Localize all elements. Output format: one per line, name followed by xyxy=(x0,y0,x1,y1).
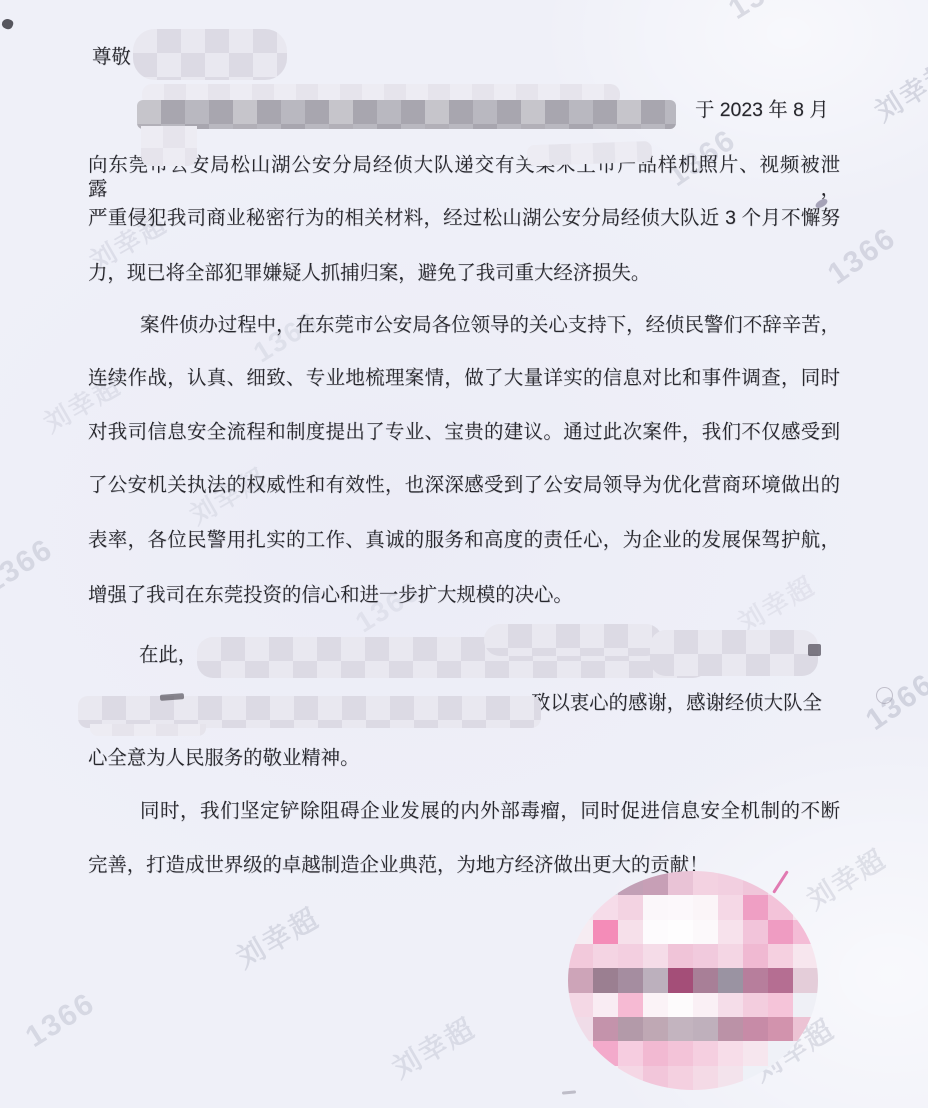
stamp-mosaic-cell xyxy=(768,895,793,919)
stamp-mosaic-cell xyxy=(693,944,718,968)
stamp-mosaic-cell xyxy=(743,871,768,895)
fragment-char-right-of-blur xyxy=(808,644,821,656)
stamp-mosaic-grid xyxy=(568,871,818,1090)
stamp-mosaic-cell xyxy=(668,1066,693,1090)
stamp-mosaic-cell xyxy=(693,1041,718,1065)
stamp-mosaic-cell xyxy=(743,1017,768,1041)
stamp-mosaic-cell xyxy=(593,920,618,944)
stamp-mosaic-cell xyxy=(618,944,643,968)
stamp-mosaic-cell xyxy=(618,871,643,895)
fleck-right-of-line xyxy=(814,197,829,210)
stamp-mosaic-cell xyxy=(718,1066,743,1090)
stamp-mosaic-cell xyxy=(743,993,768,1017)
stamp-mosaic-cell xyxy=(743,944,768,968)
stamp-mosaic-cell xyxy=(568,1066,593,1090)
stamp-mosaic-cell xyxy=(618,993,643,1017)
stamp-mosaic-cell xyxy=(718,944,743,968)
stamp-mosaic-cell xyxy=(593,895,618,919)
stamp-mosaic-cell xyxy=(568,1041,593,1065)
stamp-mosaic-cell xyxy=(668,968,693,992)
stamp-mosaic-cell xyxy=(793,871,818,895)
stamp-mosaic-cell xyxy=(668,944,693,968)
stamp-mosaic-cell xyxy=(643,968,668,992)
stamp-mosaic-cell xyxy=(768,993,793,1017)
stamp-mosaic-cell xyxy=(568,944,593,968)
stamp-mosaic-cell xyxy=(793,1041,818,1065)
stamp-mosaic-cell xyxy=(693,920,718,944)
stamp-mosaic-cell xyxy=(593,1017,618,1041)
stamp-mosaic-cell xyxy=(793,1066,818,1090)
stamp-mosaic-cell xyxy=(643,1066,668,1090)
stamp-mosaic-cell xyxy=(643,920,668,944)
stamp-mosaic-cell xyxy=(793,920,818,944)
stamp-mosaic-cell xyxy=(568,968,593,992)
stamp-mosaic-cell xyxy=(643,895,668,919)
stamp-mosaic-cell xyxy=(718,871,743,895)
stamp-mosaic-cell xyxy=(768,944,793,968)
stamp-mosaic-cell xyxy=(793,1017,818,1041)
stamp-mosaic-cell xyxy=(693,968,718,992)
stamp-mosaic-cell xyxy=(618,895,643,919)
stamp-mosaic-cell xyxy=(568,1017,593,1041)
stamp-mosaic-cell xyxy=(793,895,818,919)
stamp-mosaic-cell xyxy=(643,1017,668,1041)
stamp-mosaic-cell xyxy=(693,1017,718,1041)
stamp-mosaic-cell xyxy=(743,1066,768,1090)
stamp-mosaic-cell xyxy=(643,871,668,895)
stamp-mosaic-cell xyxy=(693,993,718,1017)
stamp-mosaic-cell xyxy=(668,920,693,944)
stamp-mosaic-cell xyxy=(593,1041,618,1065)
stamp-mosaic-cell xyxy=(743,968,768,992)
stamp-mosaic-cell xyxy=(768,1017,793,1041)
stamp-mosaic-cell xyxy=(718,1041,743,1065)
stamp-mosaic-cell xyxy=(793,944,818,968)
stamp-mosaic-cell xyxy=(743,895,768,919)
dash-mark-bottom xyxy=(562,1090,576,1094)
stamp-mosaic-cell xyxy=(768,1041,793,1065)
stamp-mosaic-cell xyxy=(618,968,643,992)
stamp-mosaic-cell xyxy=(593,944,618,968)
company-seal-stamp-pixelated xyxy=(568,871,818,1090)
stamp-mosaic-cell xyxy=(643,944,668,968)
stamp-mosaic-cell xyxy=(793,993,818,1017)
scanned-letter-page: 1366刘幸超13661366刘幸超1366刘幸超刘幸超13661366刘幸超1… xyxy=(0,0,928,1108)
fragment-char-above-blur xyxy=(160,693,184,701)
stamp-mosaic-cell xyxy=(718,1017,743,1041)
stamp-mosaic-cell xyxy=(668,871,693,895)
ring-mark xyxy=(876,687,893,704)
stamp-mosaic-cell xyxy=(643,1041,668,1065)
stamp-mosaic-cell xyxy=(743,1041,768,1065)
stamp-mosaic-cell xyxy=(568,871,593,895)
stamp-mosaic-cell xyxy=(693,871,718,895)
corner-speck xyxy=(1,17,15,30)
stamp-mosaic-cell xyxy=(593,1066,618,1090)
stamp-mosaic-cell xyxy=(668,1017,693,1041)
stamp-mosaic-cell xyxy=(643,993,668,1017)
stamp-mosaic-cell xyxy=(593,968,618,992)
stamp-mosaic-cell xyxy=(743,920,768,944)
stamp-mosaic-cell xyxy=(568,993,593,1017)
stamp-mosaic-cell xyxy=(668,993,693,1017)
stamp-mosaic-cell xyxy=(768,920,793,944)
stamp-mosaic-cell xyxy=(768,968,793,992)
stamp-mosaic-cell xyxy=(718,895,743,919)
stamp-mosaic-cell xyxy=(568,920,593,944)
stamp-mosaic-cell xyxy=(668,895,693,919)
stamp-mosaic-cell xyxy=(568,895,593,919)
stamp-mosaic-cell xyxy=(718,920,743,944)
stamp-mosaic-cell xyxy=(618,1041,643,1065)
stamp-mosaic-cell xyxy=(718,968,743,992)
stamp-mosaic-cell xyxy=(593,993,618,1017)
stamp-mosaic-cell xyxy=(793,968,818,992)
stamp-mosaic-cell xyxy=(593,871,618,895)
stamp-mosaic-cell xyxy=(693,1066,718,1090)
stamp-mosaic-cell xyxy=(768,1066,793,1090)
stamp-mosaic-cell xyxy=(718,993,743,1017)
stamp-mosaic-cell xyxy=(618,1017,643,1041)
stamp-mosaic-cell xyxy=(618,1066,643,1090)
stamp-mosaic-cell xyxy=(668,1041,693,1065)
stamp-mosaic-cell xyxy=(618,920,643,944)
stamp-mosaic-cell xyxy=(693,895,718,919)
